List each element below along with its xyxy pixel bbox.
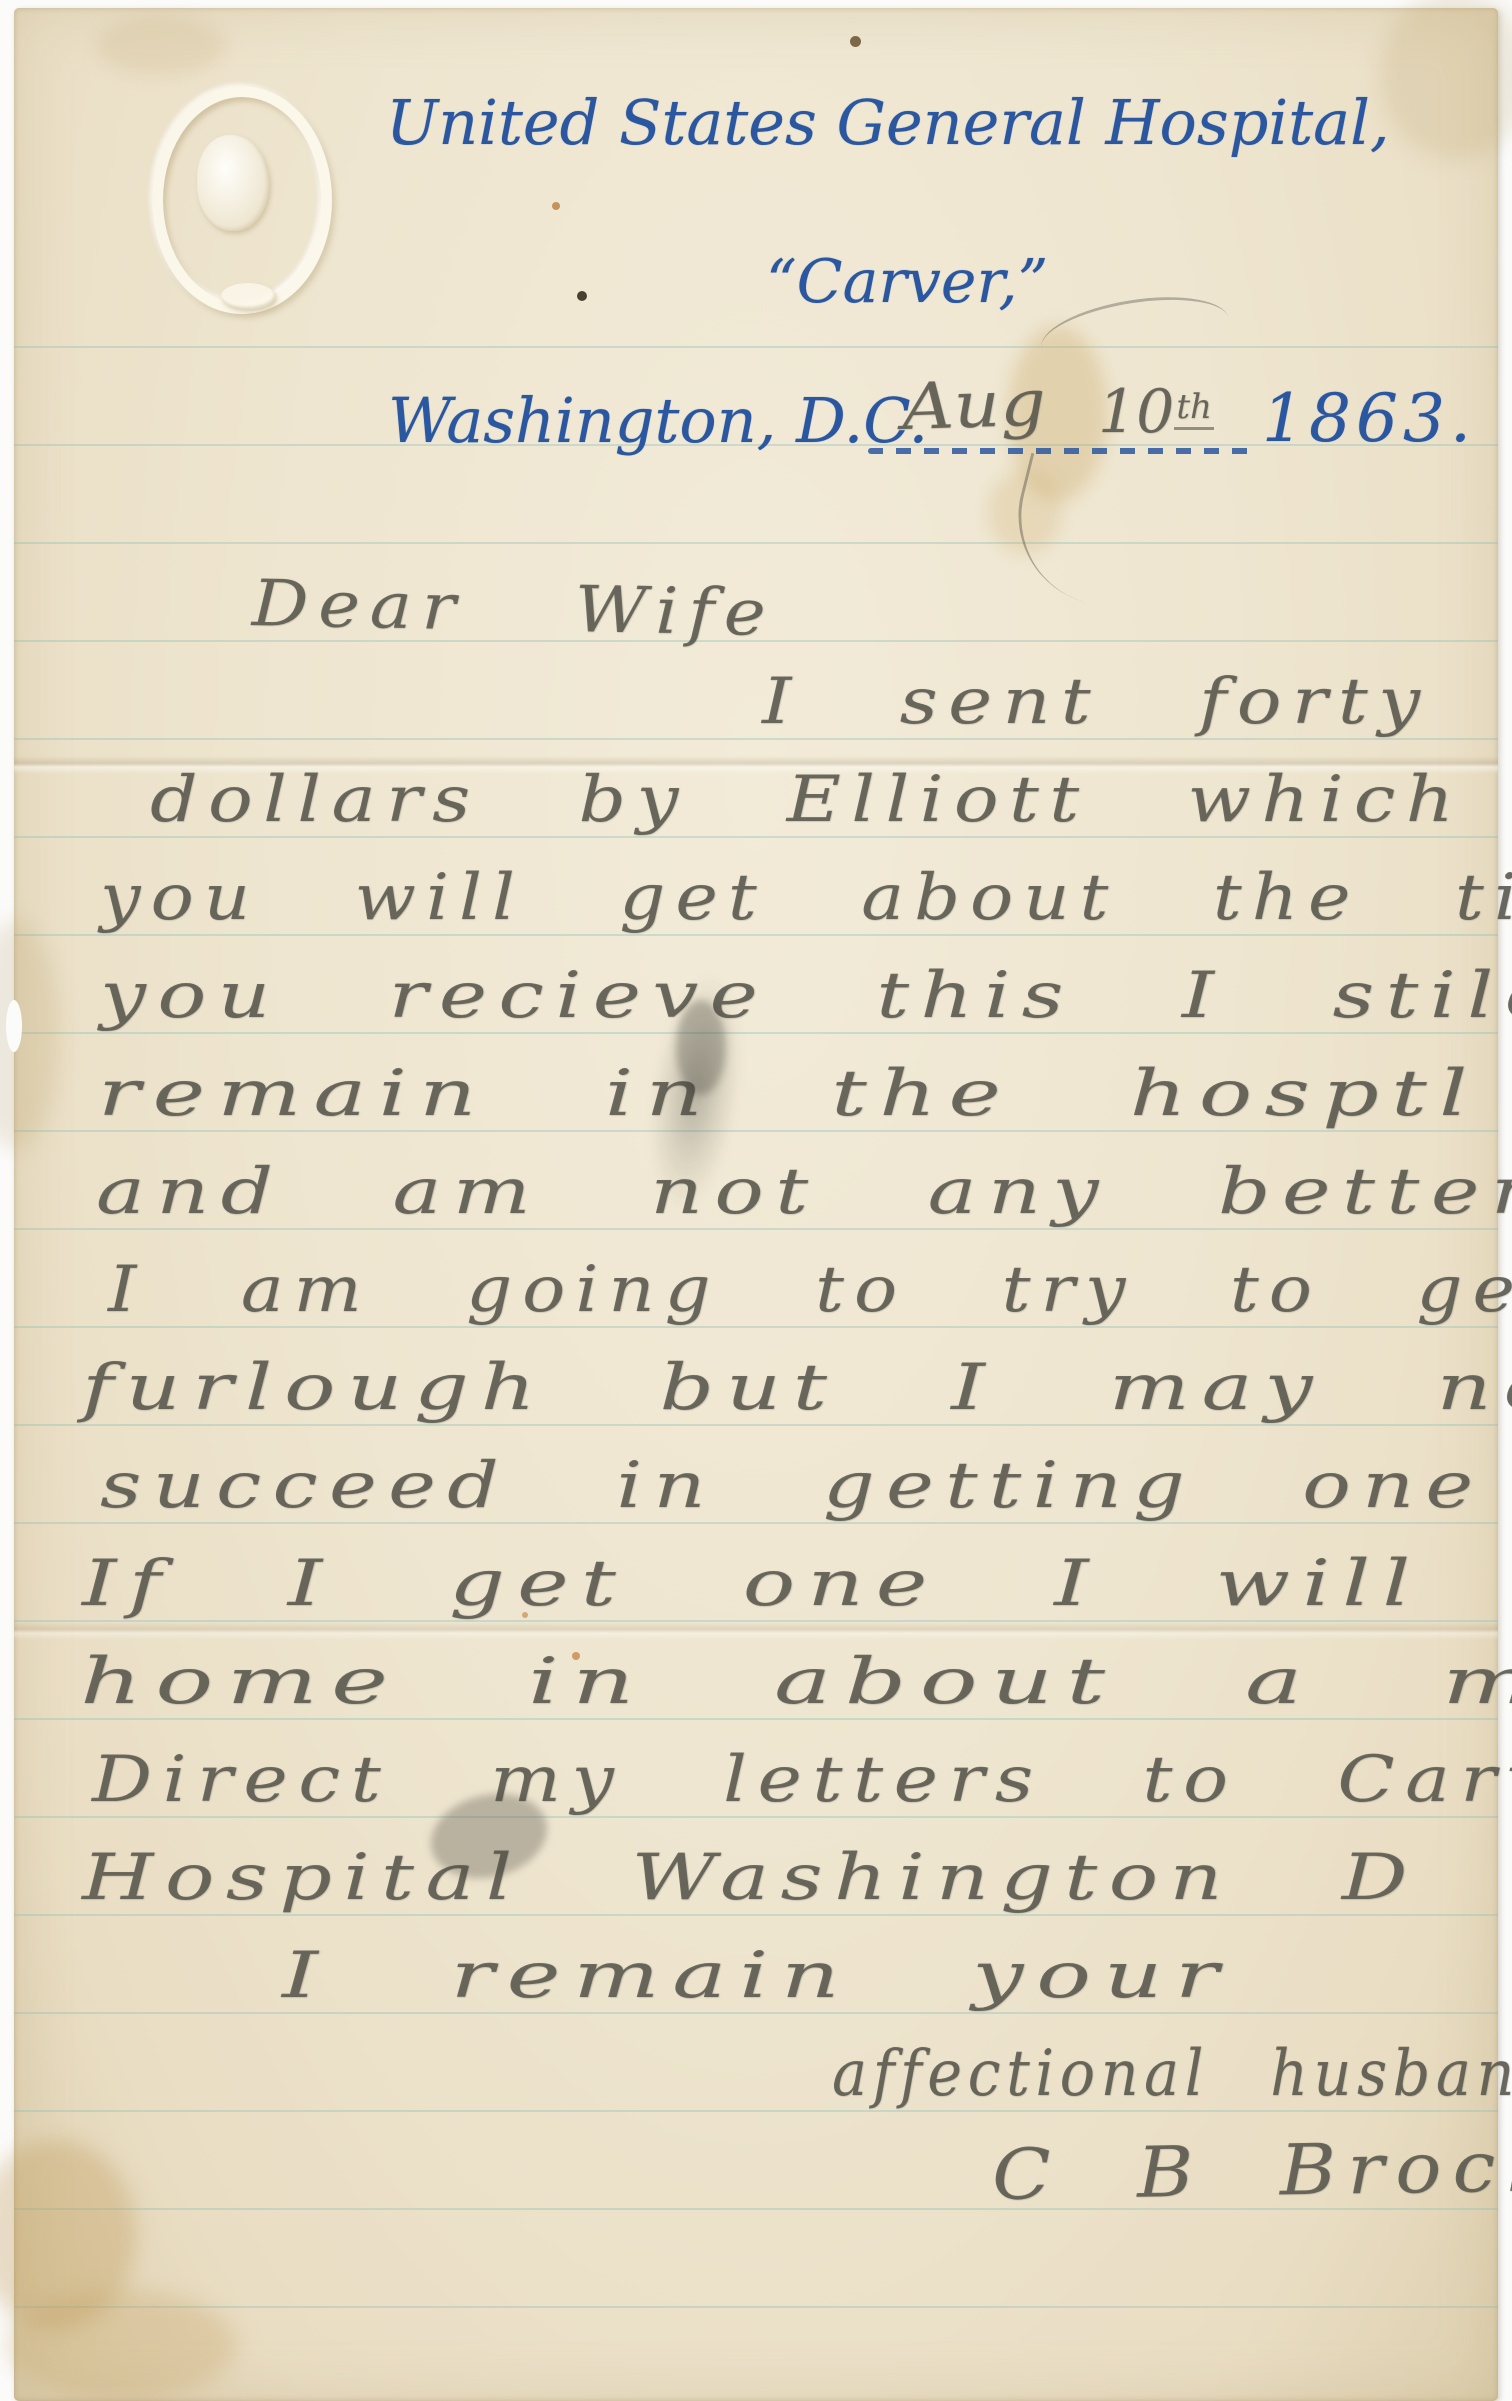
body-line: home in about a month <box>80 1650 1512 1714</box>
letterhead-title: United States General Hospital, <box>386 92 1390 154</box>
embossed-seal <box>152 86 332 314</box>
date-month: Aug <box>901 372 1047 440</box>
body-line: and am not any better <box>96 1160 1512 1224</box>
body-line: you will get about the time <box>100 866 1512 930</box>
body-line: If I get one I will be <box>82 1552 1512 1616</box>
closing-line: I remain your <box>282 1944 1231 2008</box>
fold-crease <box>14 1622 1498 1640</box>
salutation: Dear Wife <box>251 572 776 646</box>
body-line: furlough but I may not <box>82 1356 1512 1420</box>
stain <box>6 2290 236 2400</box>
closing-line: affectional husband <box>832 2042 1512 2106</box>
stain <box>96 16 226 76</box>
paper-edge-notch <box>6 1000 22 1052</box>
body-line: Hospital Washington D C <box>82 1846 1512 1910</box>
speck <box>850 36 861 47</box>
body-line: I am going to try to get a <box>108 1258 1512 1322</box>
date-day-number: 10 <box>1098 377 1174 447</box>
seal-ribbon <box>221 283 275 309</box>
letterhead-year: 1863. <box>1262 386 1476 452</box>
body-line: I sent forty <box>762 670 1431 734</box>
date-fill-dashes <box>868 448 1260 454</box>
seal-crest <box>197 135 269 231</box>
signature: C B Brock <box>991 2131 1512 2210</box>
speck <box>577 291 587 301</box>
body-line: remain in the hosptl <box>98 1062 1480 1126</box>
letterhead-place: Washington, D.C. <box>388 390 928 452</box>
date-day: 10th <box>1098 382 1214 442</box>
body-line: succeed in getting one <box>100 1454 1484 1518</box>
scanned-letter-image: United States General Hospital, “Carver,… <box>0 0 1512 2401</box>
body-line: dollars by Elliott which <box>150 768 1464 832</box>
speck <box>552 202 560 210</box>
date-day-suffix: th <box>1174 387 1214 430</box>
body-line: you recieve this I stile <box>100 964 1512 1028</box>
pencil-smudge <box>676 1000 726 1095</box>
body-line: Direct my letters to Carver <box>92 1748 1512 1812</box>
letterhead-hospital-name: “Carver,” <box>766 252 1048 312</box>
